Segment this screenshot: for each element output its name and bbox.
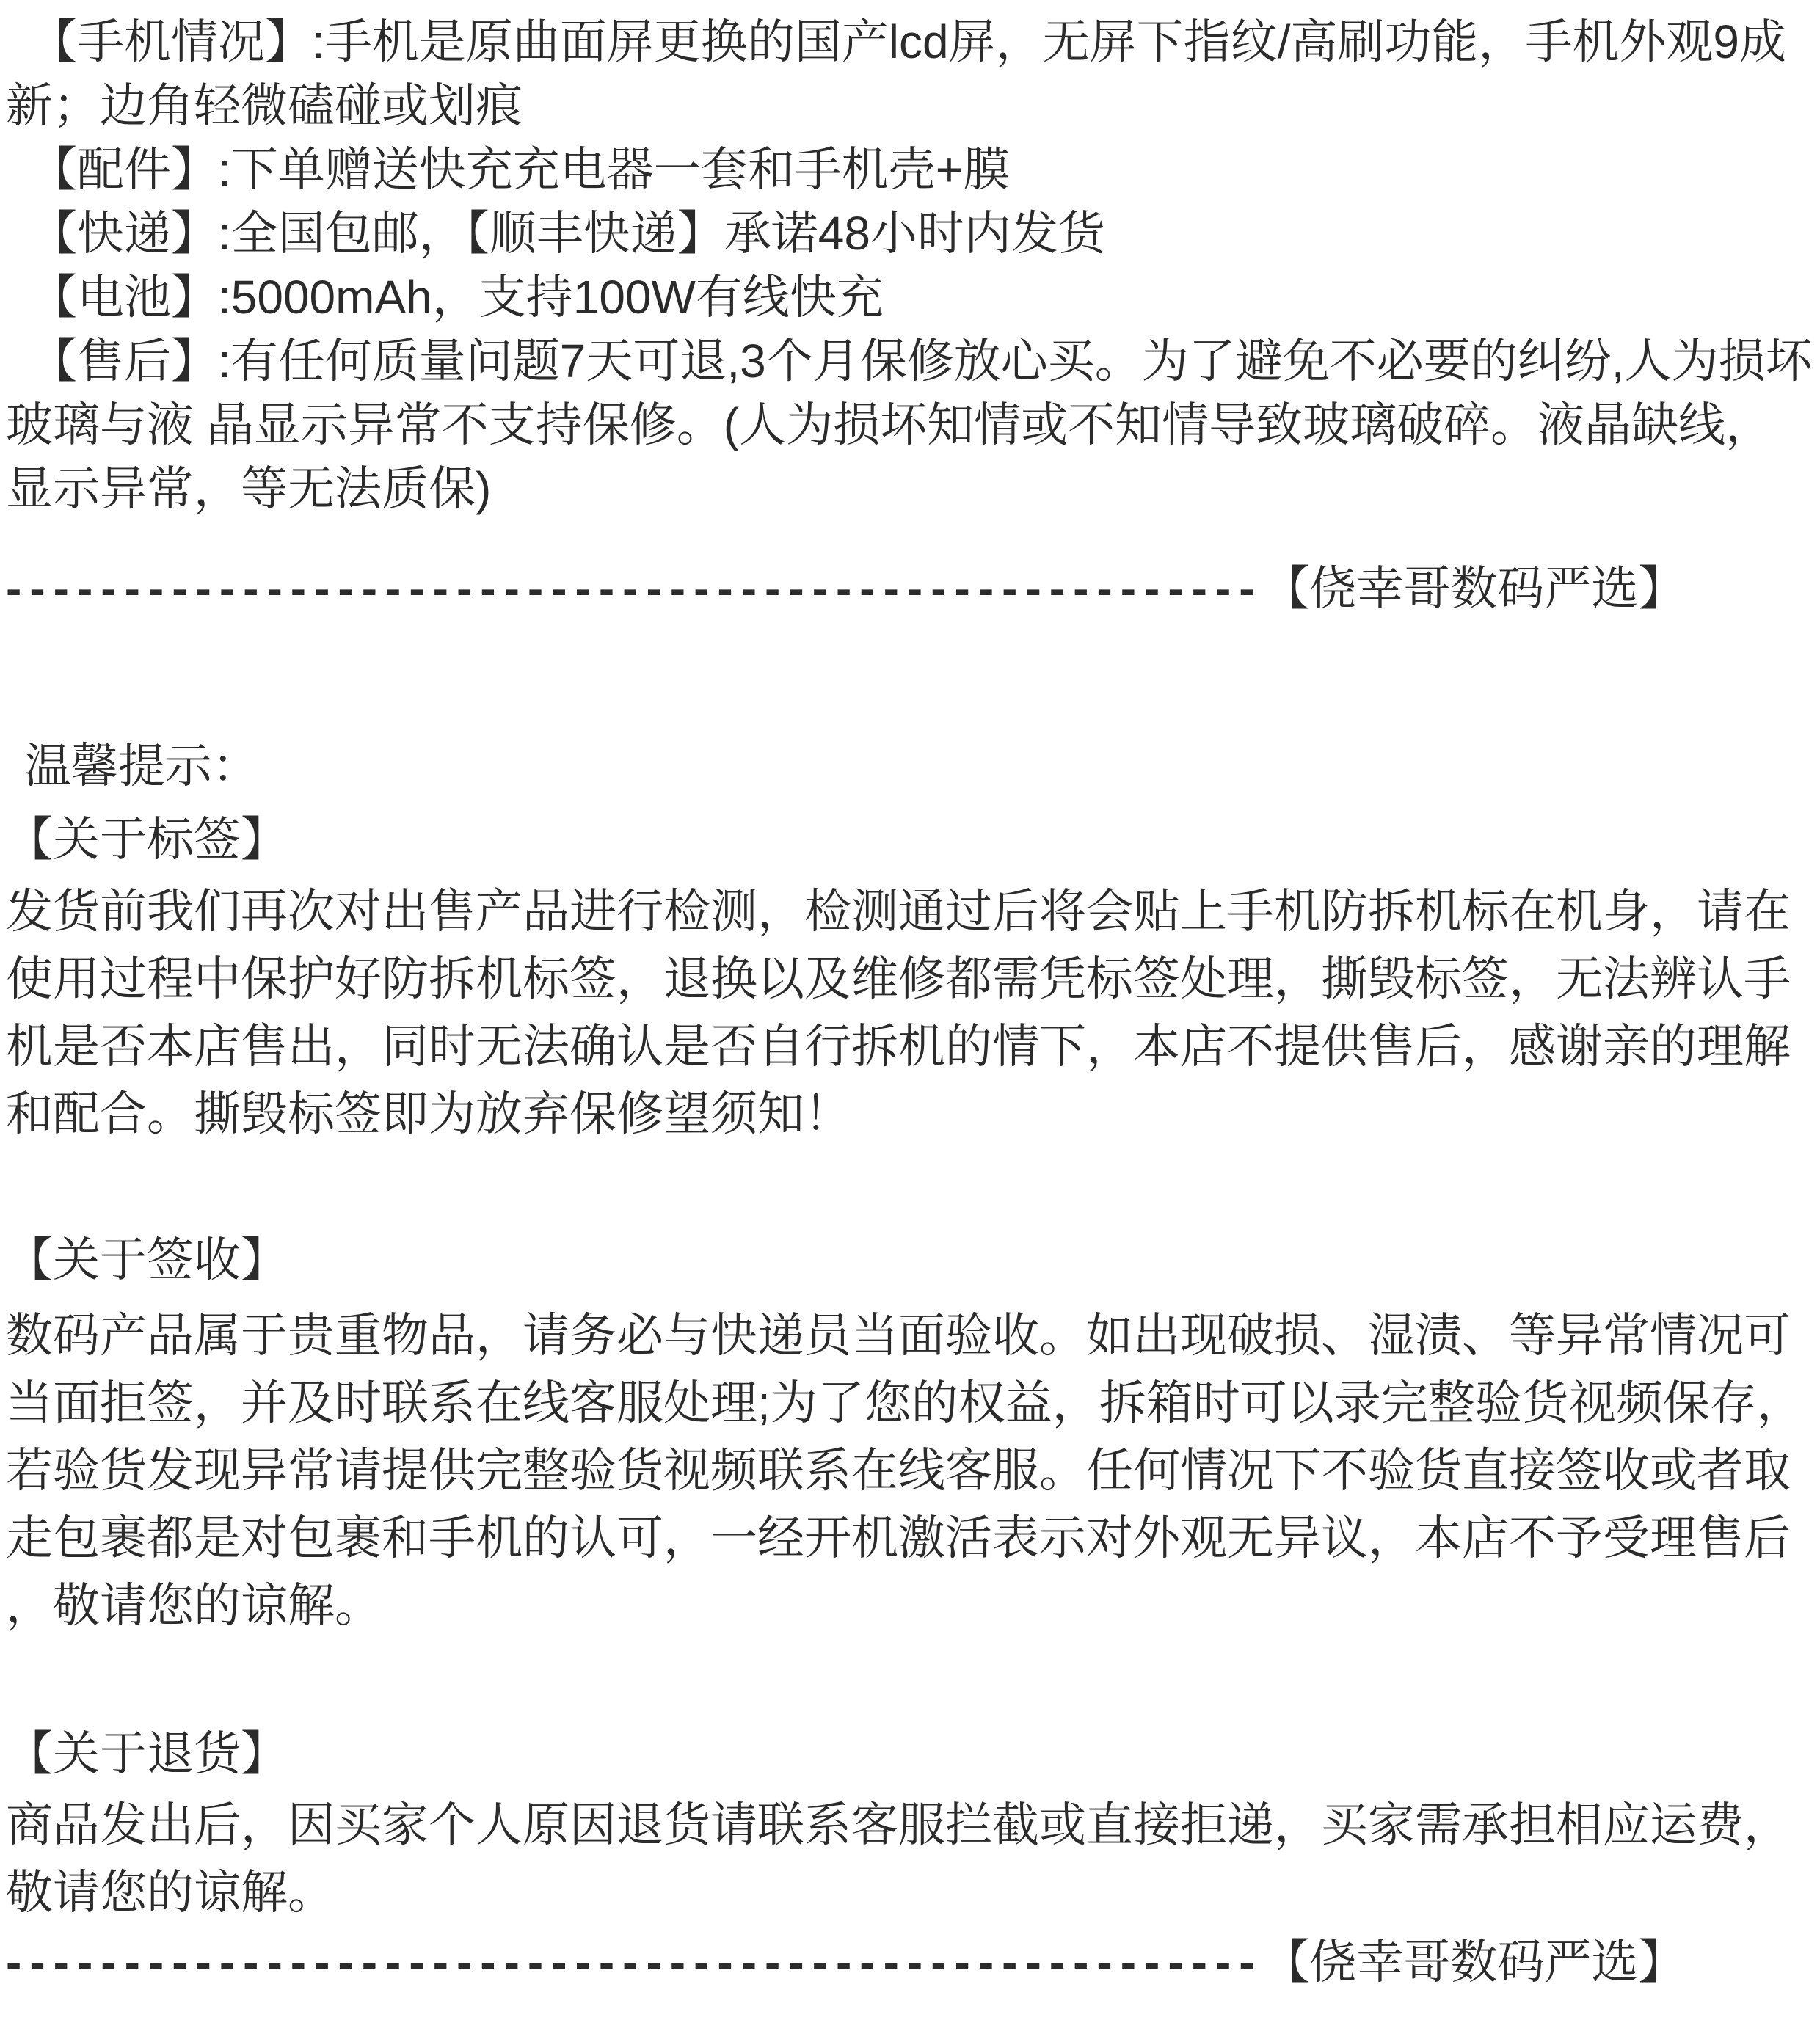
accessories-paragraph: 【配件】:下单赠送快充充电器一套和手机壳+膜 xyxy=(6,138,1813,202)
product-description-page: { "page": { "background": "#ffffff", "te… xyxy=(0,0,1820,2031)
brand-badge: 【侥幸哥数码严选】 xyxy=(1263,1936,1686,1988)
shipping-paragraph: 【快递】:全国包邮，【顺丰快递】承诺48小时内发货 xyxy=(6,202,1813,266)
about-label-paragraph: 发货前我们再次对出售产品进行检测，检测通过后将会贴上手机防拆机标在机身，请在使用… xyxy=(6,878,1813,1148)
tips-heading: 温馨提示： xyxy=(6,732,1813,800)
divider-dash-line: ----------------------------------------… xyxy=(6,1936,1263,1988)
about-return-paragraph: 商品发出后，因买家个人原因退货请联系客服拦截或直接拒递，买家需承担相应运费，敬请… xyxy=(6,1791,1813,1926)
description-text: 【手机情况】:手机是原曲面屏更换的国产lcd屏，无屏下指纹/高刷功能，手机外观9… xyxy=(6,10,1813,1996)
about-label-heading: 【关于标签】 xyxy=(6,806,1813,873)
section-divider: ----------------------------------------… xyxy=(6,1928,1813,1996)
about-receipt-paragraph: 数码产品属于贵重物品，请务必与快递员当面验收。如出现破损、湿渍、等异常情况可当面… xyxy=(6,1302,1813,1639)
phone-condition-paragraph: 【手机情况】:手机是原曲面屏更换的国产lcd屏，无屏下指纹/高刷功能，手机外观9… xyxy=(6,10,1813,138)
about-return-heading: 【关于退货】 xyxy=(6,1720,1813,1787)
divider-dash-line: ----------------------------------------… xyxy=(6,562,1263,615)
brand-badge: 【侥幸哥数码严选】 xyxy=(1263,562,1686,615)
about-receipt-heading: 【关于签收】 xyxy=(6,1226,1813,1294)
battery-paragraph: 【电池】:5000mAh，支持100W有线快充 xyxy=(6,266,1813,329)
after-sales-paragraph: 【售后】:有任何质量问题7天可退,3个月保修放心买。为了避免不必要的纠纷,人为损… xyxy=(6,329,1813,521)
section-divider: ----------------------------------------… xyxy=(6,555,1813,622)
